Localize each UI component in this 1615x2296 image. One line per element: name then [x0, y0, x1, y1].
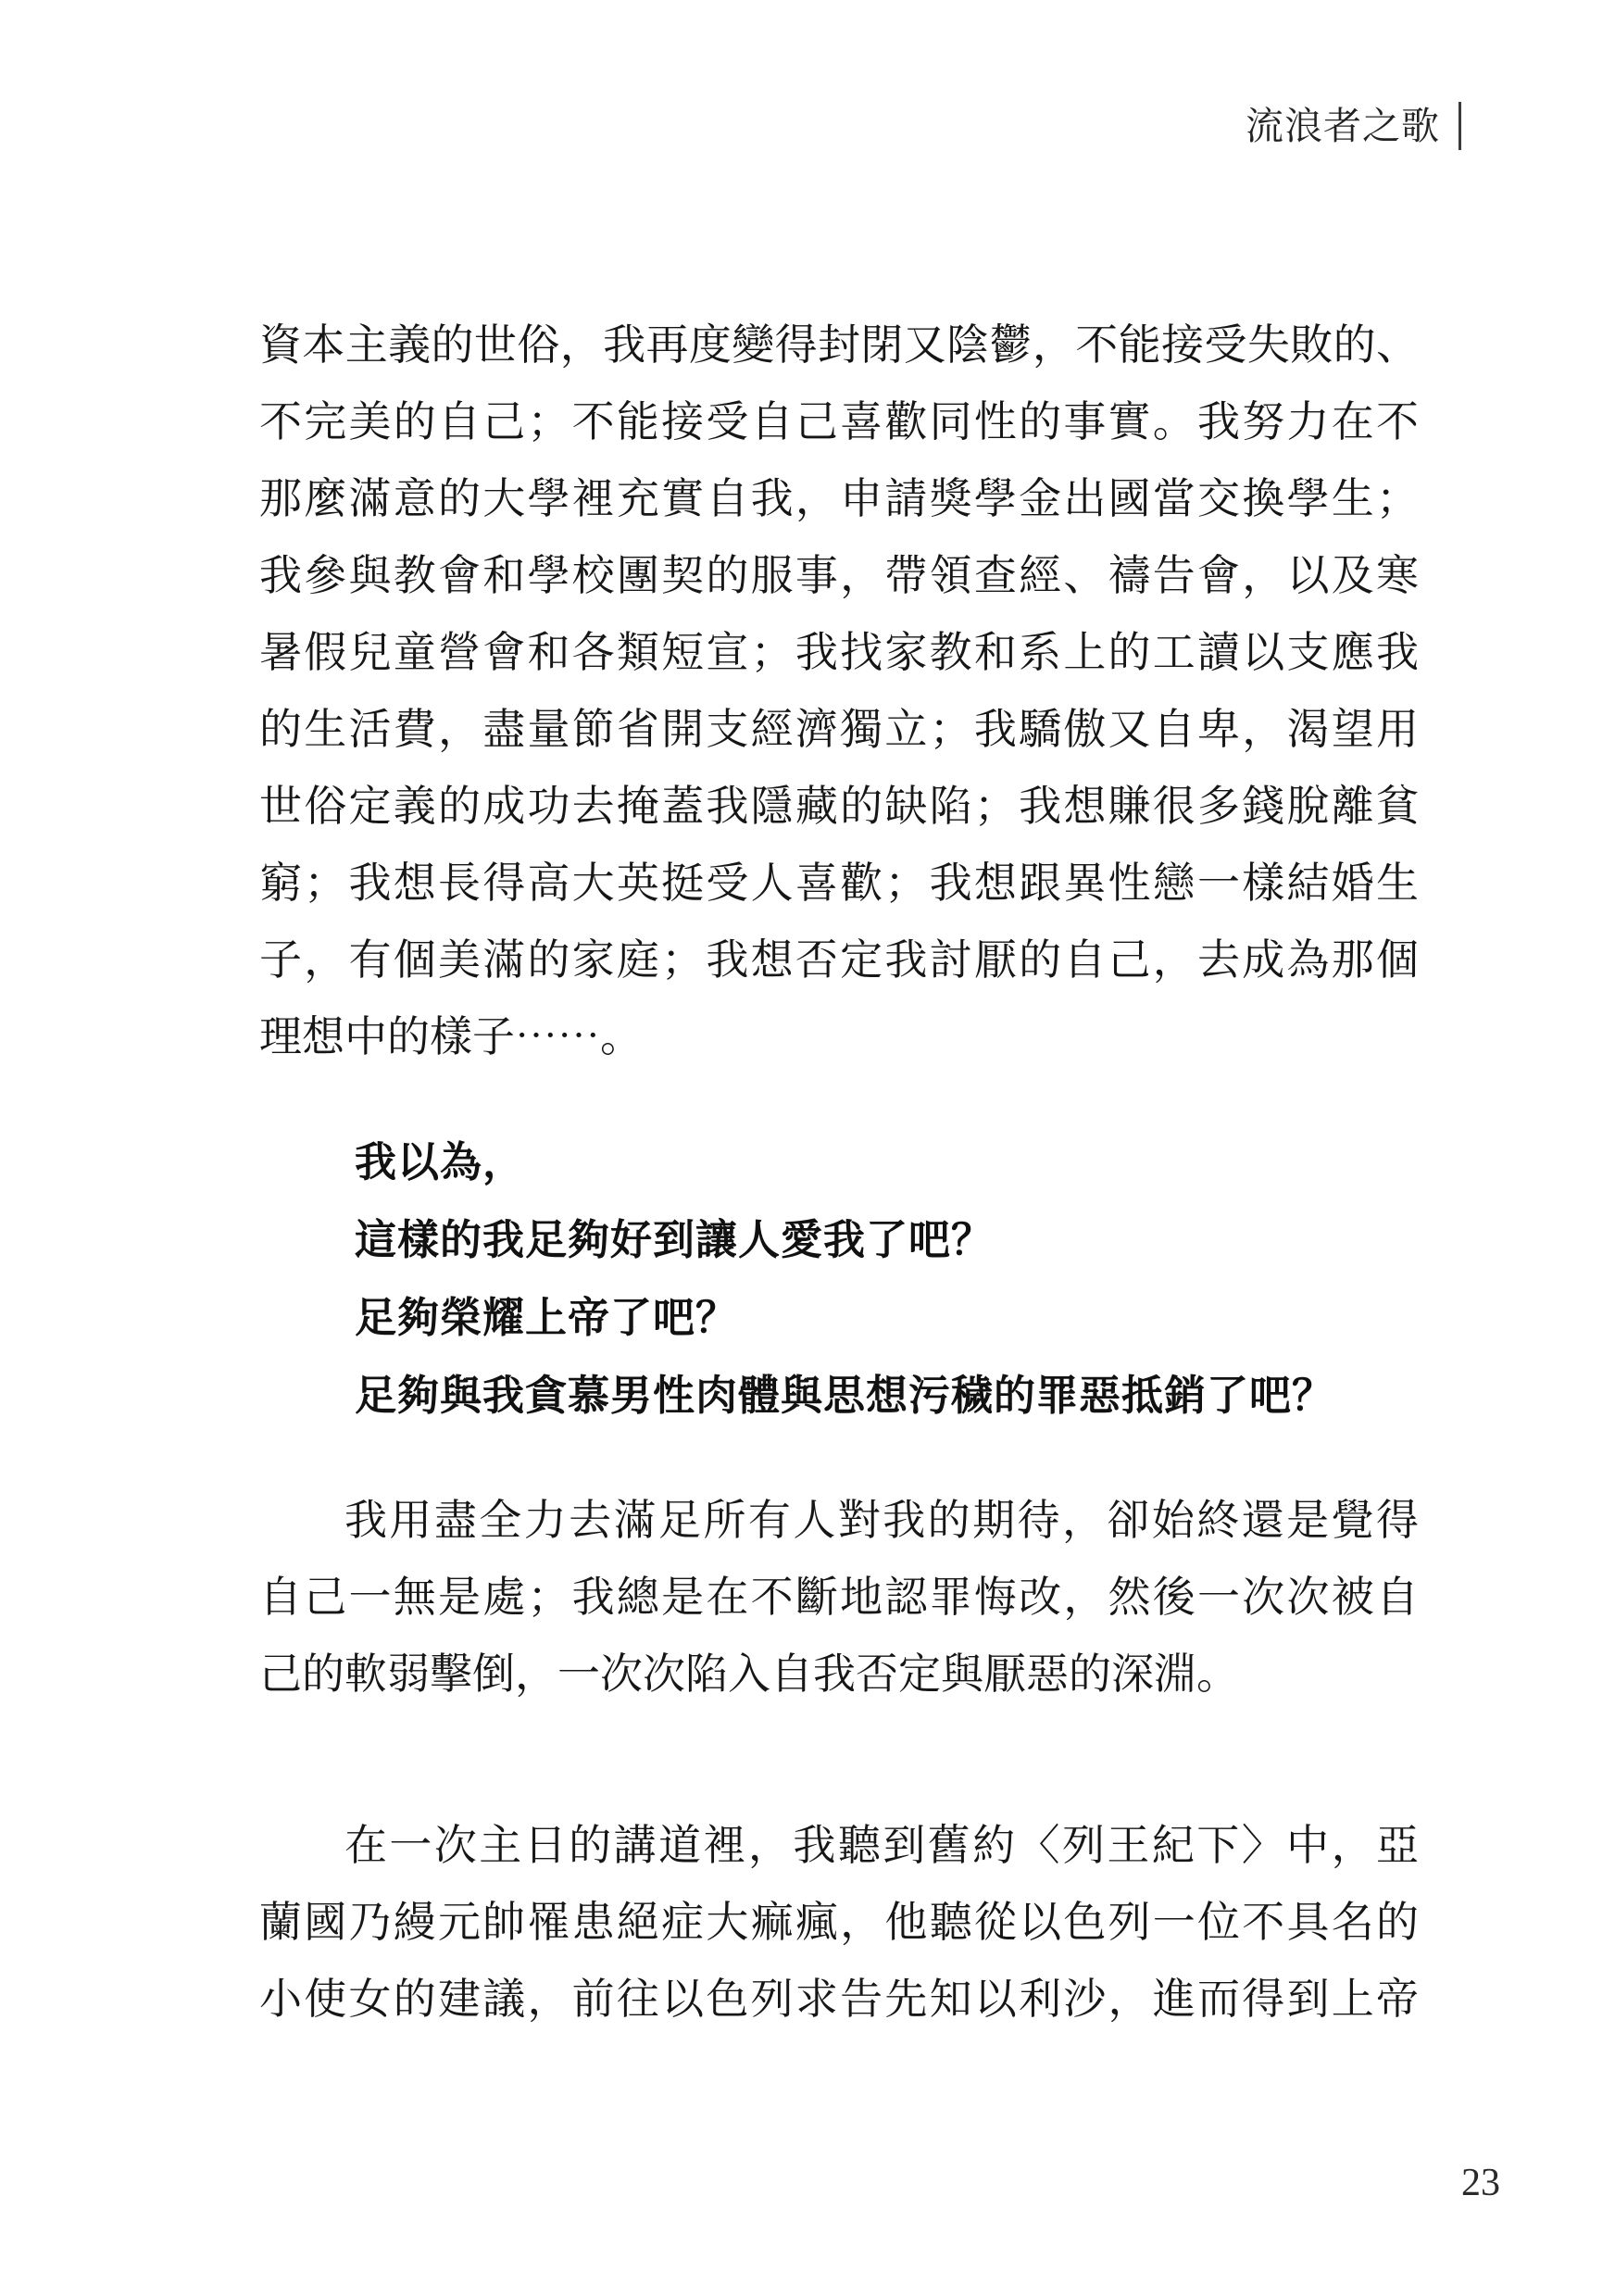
text-line: 自己一無是處；我總是在不斷地認罪悔改，然後一次次被自: [259, 1559, 1419, 1636]
running-header-divider: [1459, 102, 1461, 150]
emphasis-line: 足夠榮耀上帝了吧？: [355, 1279, 1466, 1357]
emphasis-line: 足夠與我貪慕男性肉體與思想污穢的罪惡抵銷了吧？: [355, 1357, 1466, 1435]
emphasis-line: 這樣的我足夠好到讓人愛我了吧？: [355, 1201, 1466, 1279]
text-line: 我參與教會和學校團契的服事，帶領查經、禱告會，以及寒: [259, 537, 1419, 614]
emphasis-block: 我以為， 這樣的我足夠好到讓人愛我了吧？ 足夠榮耀上帝了吧？ 足夠與我貪慕男性肉…: [355, 1123, 1466, 1435]
page-number: 23: [1461, 2160, 1500, 2206]
paragraph-1: 資本主義的世俗，我再度變得封閉又陰鬱，不能接受失敗的、 不完美的自己；不能接受自…: [259, 307, 1419, 1075]
text-line: 我用盡全力去滿足所有人對我的期待，卻始終還是覺得: [259, 1482, 1419, 1559]
text-line: 小使女的建議，前往以色列求告先知以利沙，進而得到上帝: [259, 1961, 1419, 2038]
paragraph-3: 在一次主日的講道裡，我聽到舊約〈列王紀下〉中，亞 蘭國乃縵元帥罹患絕症大痲瘋，他…: [259, 1807, 1419, 2038]
text-line: 在一次主日的講道裡，我聽到舊約〈列王紀下〉中，亞: [259, 1807, 1419, 1884]
running-header-title: 流浪者之歌: [1246, 102, 1440, 150]
text-line: 子，有個美滿的家庭；我想否定我討厭的自己，去成為那個: [259, 922, 1419, 998]
text-line: 蘭國乃縵元帥罹患絕症大痲瘋，他聽從以色列一位不具名的: [259, 1884, 1419, 1961]
text-line: 暑假兒童營會和各類短宣；我找家教和系上的工讀以支應我: [259, 614, 1419, 691]
paragraph-2: 我用盡全力去滿足所有人對我的期待，卻始終還是覺得 自己一無是處；我總是在不斷地認…: [259, 1482, 1419, 1713]
text-line: 不完美的自己；不能接受自己喜歡同性的事實。我努力在不: [259, 383, 1419, 460]
text-line: 窮；我想長得高大英挺受人喜歡；我想跟異性戀一樣結婚生: [259, 845, 1419, 922]
text-line: 理想中的樣子⋯⋯。: [259, 998, 1419, 1075]
text-line: 那麼滿意的大學裡充實自我，申請獎學金出國當交換學生；: [259, 460, 1419, 537]
text-line: 的生活費，盡量節省開支經濟獨立；我驕傲又自卑，渴望用: [259, 691, 1419, 768]
text-line: 己的軟弱擊倒，一次次陷入自我否定與厭惡的深淵。: [259, 1636, 1419, 1713]
text-line: 資本主義的世俗，我再度變得封閉又陰鬱，不能接受失敗的、: [259, 307, 1419, 383]
book-page: 流浪者之歌 資本主義的世俗，我再度變得封閉又陰鬱，不能接受失敗的、 不完美的自己…: [0, 0, 1615, 2296]
text-line: 世俗定義的成功去掩蓋我隱藏的缺陷；我想賺很多錢脫離貧: [259, 768, 1419, 845]
running-header: 流浪者之歌: [1246, 102, 1461, 150]
emphasis-line: 我以為，: [355, 1123, 1466, 1201]
